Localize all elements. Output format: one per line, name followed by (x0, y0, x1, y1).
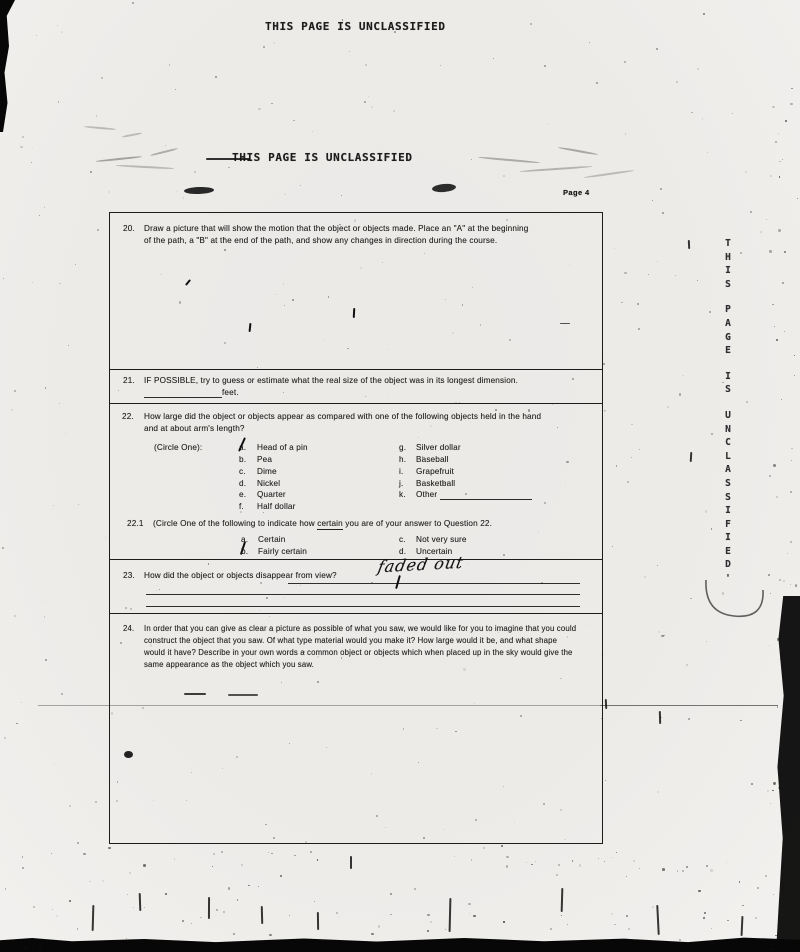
noise-speck (614, 248, 615, 249)
q24-text-line3: would it have? Describe in your own word… (144, 647, 573, 658)
noise-speck (483, 847, 486, 850)
noise-speck (795, 584, 797, 586)
noise-speck (652, 200, 653, 201)
noise-speck (61, 693, 63, 695)
noise-speck (105, 537, 106, 538)
noise-speck (45, 659, 47, 661)
noise-speck (314, 901, 315, 902)
noise-speck (769, 475, 771, 477)
noise-speck (567, 924, 568, 925)
noise-speck (605, 780, 606, 781)
noise-speck (96, 115, 98, 117)
q23-extra-line-2 (146, 606, 580, 607)
scan-edge-top-left (0, 0, 15, 132)
noise-speck (760, 231, 762, 233)
noise-speck (469, 913, 470, 914)
side-banner-letter: A (722, 317, 734, 331)
noise-speck (102, 880, 104, 882)
noise-speck (598, 858, 599, 859)
noise-speck (558, 864, 560, 866)
noise-speck (596, 82, 598, 84)
noise-speck (561, 915, 562, 916)
noise-speck (5, 888, 7, 890)
noise-speck (36, 35, 37, 36)
noise-speck (783, 580, 785, 582)
noise-speck (638, 328, 640, 330)
noise-speck (4, 737, 6, 739)
noise-speck (310, 851, 312, 853)
noise-speck (300, 185, 301, 186)
noise-speck (143, 864, 146, 867)
ink-blob (432, 183, 457, 193)
option-letter: k. (399, 489, 406, 500)
noise-speck (58, 101, 59, 102)
noise-speck (59, 283, 60, 284)
noise-speck (371, 933, 373, 935)
side-banner-letter: E (722, 545, 734, 559)
q21-units-label: feet. (222, 388, 239, 397)
noise-speck (661, 635, 663, 637)
noise-speck (77, 928, 78, 929)
side-banner-letter: I (722, 504, 734, 518)
side-banner-letter: C (722, 436, 734, 450)
noise-speck (75, 264, 76, 265)
noise-speck (794, 355, 795, 356)
side-banner-letter: G (722, 331, 734, 345)
noise-speck (454, 856, 455, 857)
option-letter: b. (239, 454, 246, 465)
noise-speck (471, 859, 473, 861)
noise-speck (427, 914, 429, 916)
noise-speck (506, 865, 508, 867)
noise-speck (688, 718, 690, 720)
noise-speck (78, 504, 79, 505)
noise-speck (686, 866, 688, 868)
noise-speck (175, 89, 176, 90)
noise-speck (258, 886, 259, 887)
noise-speck (784, 251, 786, 253)
noise-speck (690, 598, 691, 599)
noise-speck (68, 345, 69, 346)
noise-speck (657, 565, 658, 566)
noise-speck (51, 853, 52, 854)
q22-1-number: 22.1 (127, 518, 144, 529)
banner-strike-line (206, 158, 250, 160)
noise-speck (54, 764, 56, 766)
noise-speck (772, 790, 773, 791)
q22-number: 22. (122, 411, 134, 422)
stray-tick-mark (741, 916, 744, 936)
scratch-line (38, 705, 600, 706)
noise-speck (740, 720, 742, 722)
noise-speck (530, 23, 532, 25)
side-banner-word-gap (722, 397, 734, 409)
noise-speck (637, 303, 639, 305)
stray-dash (228, 694, 258, 696)
q24-text-line4: same appearance as the object which you … (144, 659, 314, 670)
stray-tick-mark (688, 240, 690, 249)
option-letter: c. (399, 534, 406, 545)
noise-speck (667, 406, 669, 408)
noise-speck (755, 917, 756, 918)
q20-text-line2: of the path, a "B" at the end of the pat… (144, 235, 497, 246)
noise-speck (548, 123, 549, 124)
noise-speck (21, 702, 22, 703)
noise-speck (791, 448, 793, 450)
side-banner-letter: P (722, 303, 734, 317)
option-letter: h. (399, 454, 406, 465)
q23-number: 23. (123, 570, 135, 581)
noise-speck (165, 145, 166, 146)
noise-speck (473, 915, 475, 917)
noise-speck (704, 912, 706, 914)
noise-speck (579, 864, 581, 866)
stray-tick-mark (605, 699, 607, 709)
q22-text-line2: and at about arm's length? (144, 423, 245, 434)
noise-speck (707, 152, 708, 153)
noise-speck (616, 852, 617, 853)
noise-speck (774, 326, 775, 327)
noise-speck (22, 856, 23, 857)
noise-speck (662, 868, 665, 871)
stray-tick-mark (317, 912, 319, 930)
noise-speck (174, 858, 176, 860)
noise-speck (468, 903, 471, 906)
noise-speck (791, 460, 793, 462)
q24-text-line1: In order that you can give as clear a pi… (144, 623, 576, 634)
top-classification-banner: THIS PAGE IS UNCLASSIFIED (265, 20, 446, 33)
noise-speck (427, 930, 428, 931)
option-letter: d. (239, 478, 246, 489)
noise-speck (706, 641, 707, 642)
noise-speck (223, 911, 225, 913)
noise-speck (790, 541, 791, 542)
smudge (150, 148, 178, 157)
noise-speck (757, 887, 759, 889)
option-label: Quarter (257, 489, 286, 500)
noise-speck (625, 133, 626, 134)
noise-speck (772, 304, 773, 305)
side-banner-letter: S (722, 383, 734, 397)
noise-speck (779, 176, 781, 178)
noise-speck (787, 553, 788, 554)
noise-speck (108, 847, 110, 849)
noise-speck (45, 601, 46, 602)
noise-speck (273, 42, 275, 44)
noise-speck (69, 805, 71, 807)
noise-speck (711, 528, 713, 530)
noise-speck (706, 865, 708, 867)
side-banner-letter: H (722, 251, 734, 265)
side-banner-word-gap (722, 358, 734, 370)
noise-speck (3, 278, 4, 279)
noise-speck (57, 25, 58, 26)
stray-dash (184, 693, 206, 695)
noise-speck (440, 65, 441, 66)
q20-drawing-area (112, 253, 600, 367)
side-banner-letter: T (722, 237, 734, 251)
handwriting-descender-stroke (395, 575, 401, 589)
scratch-line-right (600, 705, 778, 706)
noise-speck (627, 481, 629, 483)
noise-speck (705, 510, 707, 512)
noise-speck (531, 864, 533, 866)
section-divider (109, 369, 602, 370)
noise-speck (769, 250, 772, 253)
noise-speck (751, 783, 753, 785)
noise-speck (767, 790, 769, 792)
stray-tick-mark (261, 906, 263, 924)
noise-speck (390, 893, 392, 895)
ink-blob (124, 751, 133, 758)
noise-speck (258, 108, 260, 110)
q20-text-line1: Draw a picture that will show the motion… (144, 223, 528, 234)
noise-speck (657, 791, 659, 793)
noise-speck (772, 106, 774, 108)
option-label: Dime (257, 466, 277, 477)
noise-speck (336, 912, 338, 914)
side-banner-letter: U (722, 409, 734, 423)
noise-speck (639, 449, 640, 450)
noise-speck (556, 874, 557, 875)
section-divider (109, 559, 602, 560)
noise-speck (656, 48, 658, 50)
noise-speck (778, 133, 779, 134)
noise-speck (550, 928, 552, 930)
noise-speck (212, 866, 213, 867)
noise-speck (241, 864, 243, 866)
noise-speck (703, 917, 705, 919)
noise-speck (796, 586, 797, 587)
stray-tick-mark (92, 905, 95, 931)
noise-speck (572, 860, 574, 862)
option-label: Grapefruit (416, 466, 454, 477)
stray-tick-mark (139, 893, 141, 911)
noise-speck (676, 81, 678, 83)
q24-text-line2: construct the object that you saw. Of wh… (144, 635, 557, 646)
questionnaire-form: 20. Draw a picture that will show the mo… (109, 212, 603, 844)
noise-speck (56, 915, 58, 917)
other-answer-line (440, 491, 532, 500)
noise-speck (341, 195, 342, 196)
side-banner-letter: D (722, 558, 734, 572)
stray-tick-mark (656, 905, 659, 935)
noise-speck (90, 171, 92, 173)
noise-speck (624, 61, 626, 63)
noise-speck (794, 375, 795, 376)
noise-speck (603, 363, 605, 365)
noise-speck (776, 339, 778, 341)
noise-speck (493, 58, 495, 60)
noise-speck (777, 706, 779, 708)
q24-answer-space (112, 671, 600, 839)
noise-speck (228, 887, 230, 889)
smudge (478, 156, 540, 163)
noise-speck (682, 870, 684, 872)
option-letter: f. (239, 501, 244, 512)
noise-speck (221, 851, 223, 853)
noise-speck (368, 96, 369, 97)
noise-speck (750, 211, 751, 212)
side-banner-letter: S (722, 278, 734, 292)
noise-speck (775, 141, 777, 143)
noise-speck (364, 101, 366, 103)
noise-speck (182, 920, 184, 922)
side-banner-letter: I (722, 370, 734, 384)
smudge (584, 170, 634, 179)
scan-edge-bottom (0, 934, 800, 952)
noise-speck (506, 856, 508, 858)
option-label: Silver dollar (416, 442, 461, 453)
noise-speck (633, 860, 635, 862)
ink-blob (184, 186, 214, 194)
noise-speck (776, 496, 778, 498)
page-number-label: Page 4 (563, 188, 590, 197)
option-letter: e. (239, 489, 246, 500)
noise-speck (697, 280, 698, 281)
noise-speck (631, 424, 633, 426)
noise-speck (742, 905, 743, 906)
noise-speck (144, 907, 146, 909)
q23-text: How did the object or objects disappear … (144, 570, 337, 581)
noise-speck (59, 403, 60, 404)
option-letter: j. (399, 478, 403, 489)
noise-speck (778, 229, 781, 232)
noise-speck (129, 872, 131, 874)
scanned-document-page: THIS PAGE IS UNCLASSIFIED THIS PAGE IS U… (0, 0, 800, 952)
noise-speck (271, 853, 273, 855)
noise-speck (535, 861, 536, 862)
noise-speck (390, 914, 391, 915)
noise-speck (61, 31, 63, 33)
noise-speck (365, 64, 367, 66)
noise-speck (45, 387, 46, 388)
noise-speck (709, 311, 711, 313)
smudge (122, 132, 142, 138)
noise-speck (604, 410, 605, 411)
noise-speck (200, 917, 201, 918)
q21-answer-line (144, 389, 222, 398)
noise-speck (213, 853, 214, 854)
noise-speck (445, 929, 446, 930)
noise-speck (14, 615, 16, 617)
side-banner-letter: E (722, 344, 734, 358)
noise-speck (610, 891, 611, 892)
noise-speck (784, 331, 786, 333)
noise-speck (604, 861, 605, 862)
noise-speck (284, 194, 286, 196)
noise-speck (662, 212, 664, 214)
noise-speck (194, 171, 196, 173)
noise-speck (697, 68, 699, 70)
noise-speck (657, 261, 658, 262)
noise-speck (624, 272, 626, 274)
noise-speck (503, 921, 504, 922)
noise-speck (739, 881, 741, 883)
noise-speck (660, 188, 662, 190)
side-banner-letter: L (722, 450, 734, 464)
noise-speck (501, 845, 503, 847)
smudge (558, 147, 598, 156)
q22-circle-one-label: (Circle One): (154, 442, 202, 453)
side-banner-word-gap (722, 291, 734, 303)
noise-speck (39, 215, 40, 216)
scan-edge-right (776, 596, 800, 952)
smudge (84, 126, 116, 131)
side-banner-letter: F (722, 518, 734, 532)
option-label: Baseball (416, 454, 449, 465)
noise-speck (126, 938, 127, 939)
noise-speck (165, 893, 167, 895)
q22-1-text-pre: (Circle One of the following to indicate… (153, 519, 317, 528)
section-divider (109, 403, 602, 404)
noise-speck (101, 77, 103, 79)
q24-number: 24. (123, 623, 134, 634)
noise-speck (280, 875, 283, 878)
option-label: Basketball (416, 478, 455, 489)
noise-speck (766, 219, 767, 220)
noise-speck (77, 842, 79, 844)
noise-speck (471, 159, 472, 160)
side-banner-letter: S (722, 477, 734, 491)
noise-speck (32, 147, 34, 149)
q23-handwritten-answer: faded out (376, 553, 465, 577)
smudge (116, 164, 174, 169)
noise-speck (726, 862, 727, 863)
noise-speck (785, 120, 787, 122)
q22-1-text-post: you are of your answer to Question 22. (343, 519, 492, 528)
noise-speck (22, 867, 23, 868)
noise-speck (768, 574, 770, 576)
stray-tick-mark (659, 711, 661, 724)
noise-speck (679, 939, 680, 940)
noise-speck (248, 885, 250, 887)
noise-speck (703, 13, 704, 14)
noise-speck (691, 112, 692, 113)
noise-speck (631, 457, 632, 458)
q23-extra-line-1 (146, 594, 580, 595)
noise-speck (727, 920, 728, 921)
noise-speck (294, 855, 295, 856)
noise-speck (271, 103, 273, 105)
section-divider (109, 613, 602, 614)
noise-speck (503, 175, 505, 177)
noise-speck (765, 875, 767, 877)
noise-speck (663, 635, 665, 637)
option-label: Nickel (257, 478, 280, 489)
noise-speck (790, 584, 791, 585)
noise-speck (52, 909, 53, 910)
noise-speck (770, 175, 771, 176)
option-label: Certain (258, 534, 285, 545)
noise-speck (791, 88, 792, 89)
noise-speck (675, 275, 676, 276)
noise-speck (97, 229, 99, 231)
inner-classification-banner: THIS PAGE IS UNCLASSIFIED (232, 151, 413, 164)
stray-tick-mark (350, 856, 352, 869)
noise-speck (773, 782, 775, 784)
noise-speck (614, 924, 615, 925)
option-label: Half dollar (257, 501, 296, 512)
noise-speck (648, 274, 649, 275)
noise-speck (589, 42, 590, 43)
q22-1-text-underlined: certain (317, 519, 343, 530)
noise-speck (31, 162, 32, 163)
noise-speck (215, 76, 217, 78)
noise-speck (237, 899, 238, 900)
noise-speck (183, 197, 185, 199)
option-row-other: Other (416, 489, 532, 500)
